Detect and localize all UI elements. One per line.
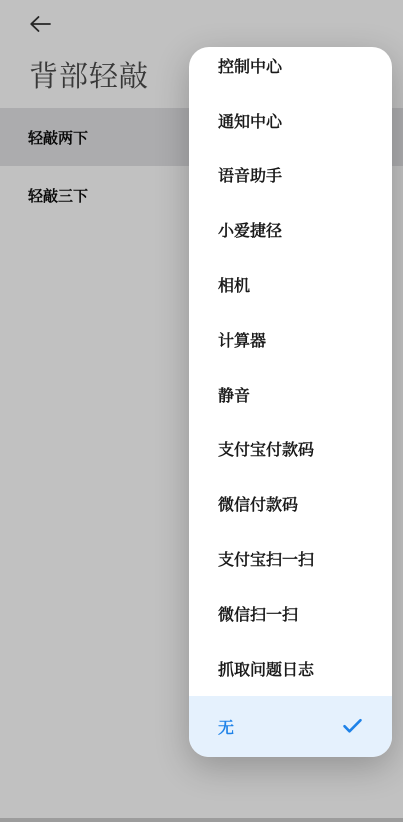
menu-item-camera[interactable]: 相机 — [189, 257, 392, 312]
action-menu-popup: 控制中心 通知中心 语音助手 小爱捷径 相机 计算器 静音 支付宝付款码 微信付… — [189, 47, 392, 757]
menu-item-alipay-scan[interactable]: 支付宝扫一扫 — [189, 531, 392, 586]
menu-item-notification-center[interactable]: 通知中心 — [189, 93, 392, 148]
menu-item-mute[interactable]: 静音 — [189, 367, 392, 422]
menu-item-wechat-scan[interactable]: 微信扫一扫 — [189, 586, 392, 641]
menu-item-voice-assistant[interactable]: 语音助手 — [189, 148, 392, 203]
action-menu-list: 控制中心 通知中心 语音助手 小爱捷径 相机 计算器 静音 支付宝付款码 微信付… — [189, 47, 392, 757]
menu-item-label: 无 — [218, 715, 234, 738]
menu-item-calculator[interactable]: 计算器 — [189, 312, 392, 367]
menu-item-wechat-payment-code[interactable]: 微信付款码 — [189, 476, 392, 531]
check-icon — [342, 718, 363, 734]
menu-item-xiaoai-shortcut[interactable]: 小爱捷径 — [189, 202, 392, 257]
menu-item-control-center[interactable]: 控制中心 — [189, 47, 392, 93]
menu-item-alipay-payment-code[interactable]: 支付宝付款码 — [189, 422, 392, 477]
menu-item-capture-log[interactable]: 抓取问题日志 — [189, 641, 392, 696]
menu-item-none-selected[interactable]: 无 — [189, 696, 392, 757]
